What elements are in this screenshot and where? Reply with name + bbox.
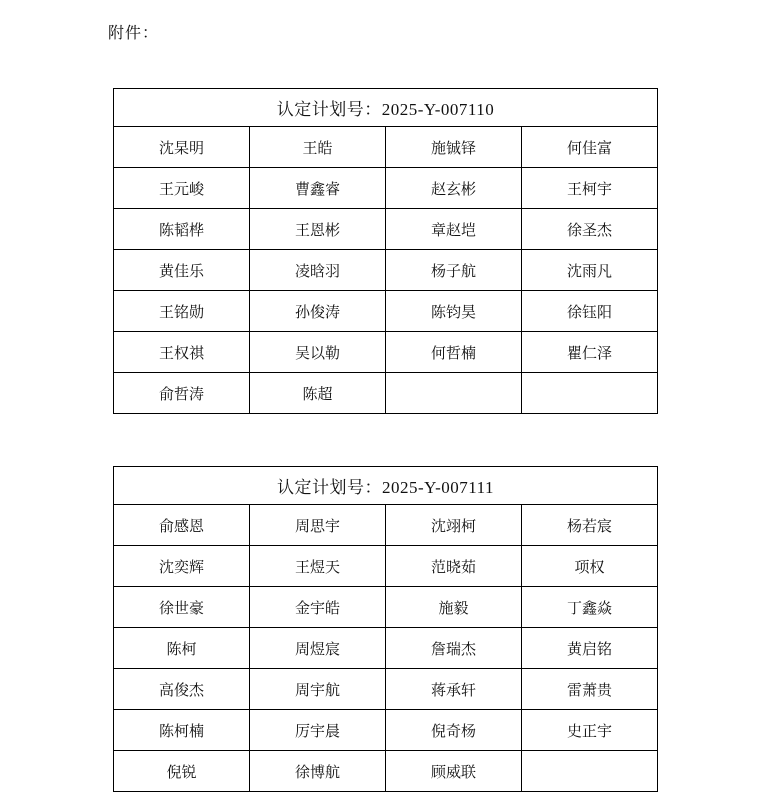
plan-table-007110: 认定计划号：2025-Y-007110 沈杲明 王皓 施铖铎 何佳富 王元峻 曹…: [113, 88, 658, 414]
name-cell: 王皓: [250, 127, 386, 168]
table-row: 陈柯楠 厉宇晨 倪奇杨 史正宇: [114, 710, 658, 751]
name-cell: 丁鑫焱: [522, 587, 658, 628]
name-cell: 倪锐: [114, 751, 250, 792]
name-cell: 凌晗羽: [250, 250, 386, 291]
name-cell: 雷萧贵: [522, 669, 658, 710]
table-row: 高俊杰 周宇航 蒋承轩 雷萧贵: [114, 669, 658, 710]
table-row: 俞哲涛 陈超: [114, 373, 658, 414]
name-cell: [522, 751, 658, 792]
name-cell: 高俊杰: [114, 669, 250, 710]
table-row: 俞感恩 周思宇 沈翊柯 杨若宸: [114, 505, 658, 546]
name-cell: 陈钧昊: [386, 291, 522, 332]
plan-table-007111: 认定计划号：2025-Y-007111 俞感恩 周思宇 沈翊柯 杨若宸 沈奕辉 …: [113, 466, 658, 792]
name-cell: 瞿仁泽: [522, 332, 658, 373]
name-cell: 黄佳乐: [114, 250, 250, 291]
table-row: 王铭勋 孙俊涛 陈钧昊 徐钰阳: [114, 291, 658, 332]
name-cell: 曹鑫睿: [250, 168, 386, 209]
name-cell: 何哲楠: [386, 332, 522, 373]
name-cell: 俞哲涛: [114, 373, 250, 414]
name-cell: 沈杲明: [114, 127, 250, 168]
name-cell: 金宇皓: [250, 587, 386, 628]
name-cell: 周煜宸: [250, 628, 386, 669]
name-cell: 施铖铎: [386, 127, 522, 168]
table-header-row: 认定计划号：2025-Y-007111: [114, 467, 658, 505]
name-cell: 杨若宸: [522, 505, 658, 546]
name-cell: 章赵垲: [386, 209, 522, 250]
table-row: 沈杲明 王皓 施铖铎 何佳富: [114, 127, 658, 168]
name-cell: 厉宇晨: [250, 710, 386, 751]
table-title: 认定计划号：2025-Y-007111: [114, 467, 658, 505]
name-cell: 王柯宇: [522, 168, 658, 209]
attachment-label: 附件：: [108, 20, 159, 43]
name-cell: 施毅: [386, 587, 522, 628]
name-cell: 吴以勒: [250, 332, 386, 373]
name-cell: 史正宇: [522, 710, 658, 751]
table-row: 王元峻 曹鑫睿 赵玄彬 王柯宇: [114, 168, 658, 209]
table-row: 沈奕辉 王煜天 范晓茹 项权: [114, 546, 658, 587]
name-cell: 倪奇杨: [386, 710, 522, 751]
name-cell: 詹瑞杰: [386, 628, 522, 669]
name-cell: 沈雨凡: [522, 250, 658, 291]
name-cell: [522, 373, 658, 414]
name-cell: [386, 373, 522, 414]
table-row: 王权祺 吴以勒 何哲楠 瞿仁泽: [114, 332, 658, 373]
name-cell: 陈柯楠: [114, 710, 250, 751]
name-cell: 徐世豪: [114, 587, 250, 628]
name-cell: 项权: [522, 546, 658, 587]
name-cell: 顾威联: [386, 751, 522, 792]
name-cell: 陈柯: [114, 628, 250, 669]
name-cell: 徐钰阳: [522, 291, 658, 332]
name-cell: 徐圣杰: [522, 209, 658, 250]
name-cell: 王铭勋: [114, 291, 250, 332]
name-cell: 王元峻: [114, 168, 250, 209]
name-cell: 赵玄彬: [386, 168, 522, 209]
table-row: 徐世豪 金宇皓 施毅 丁鑫焱: [114, 587, 658, 628]
name-cell: 何佳富: [522, 127, 658, 168]
name-cell: 王恩彬: [250, 209, 386, 250]
table-row: 倪锐 徐博航 顾威联: [114, 751, 658, 792]
table-row: 陈韬桦 王恩彬 章赵垲 徐圣杰: [114, 209, 658, 250]
name-cell: 杨子航: [386, 250, 522, 291]
name-cell: 俞感恩: [114, 505, 250, 546]
name-cell: 周思宇: [250, 505, 386, 546]
table-row: 陈柯 周煜宸 詹瑞杰 黄启铭: [114, 628, 658, 669]
name-cell: 沈奕辉: [114, 546, 250, 587]
name-cell: 周宇航: [250, 669, 386, 710]
name-cell: 孙俊涛: [250, 291, 386, 332]
name-cell: 徐博航: [250, 751, 386, 792]
name-cell: 沈翊柯: [386, 505, 522, 546]
table-header-row: 认定计划号：2025-Y-007110: [114, 89, 658, 127]
name-cell: 王煜天: [250, 546, 386, 587]
name-cell: 蒋承轩: [386, 669, 522, 710]
name-cell: 黄启铭: [522, 628, 658, 669]
name-cell: 陈超: [250, 373, 386, 414]
name-cell: 范晓茹: [386, 546, 522, 587]
table-row: 黄佳乐 凌晗羽 杨子航 沈雨凡: [114, 250, 658, 291]
name-cell: 王权祺: [114, 332, 250, 373]
table-title: 认定计划号：2025-Y-007110: [114, 89, 658, 127]
name-cell: 陈韬桦: [114, 209, 250, 250]
